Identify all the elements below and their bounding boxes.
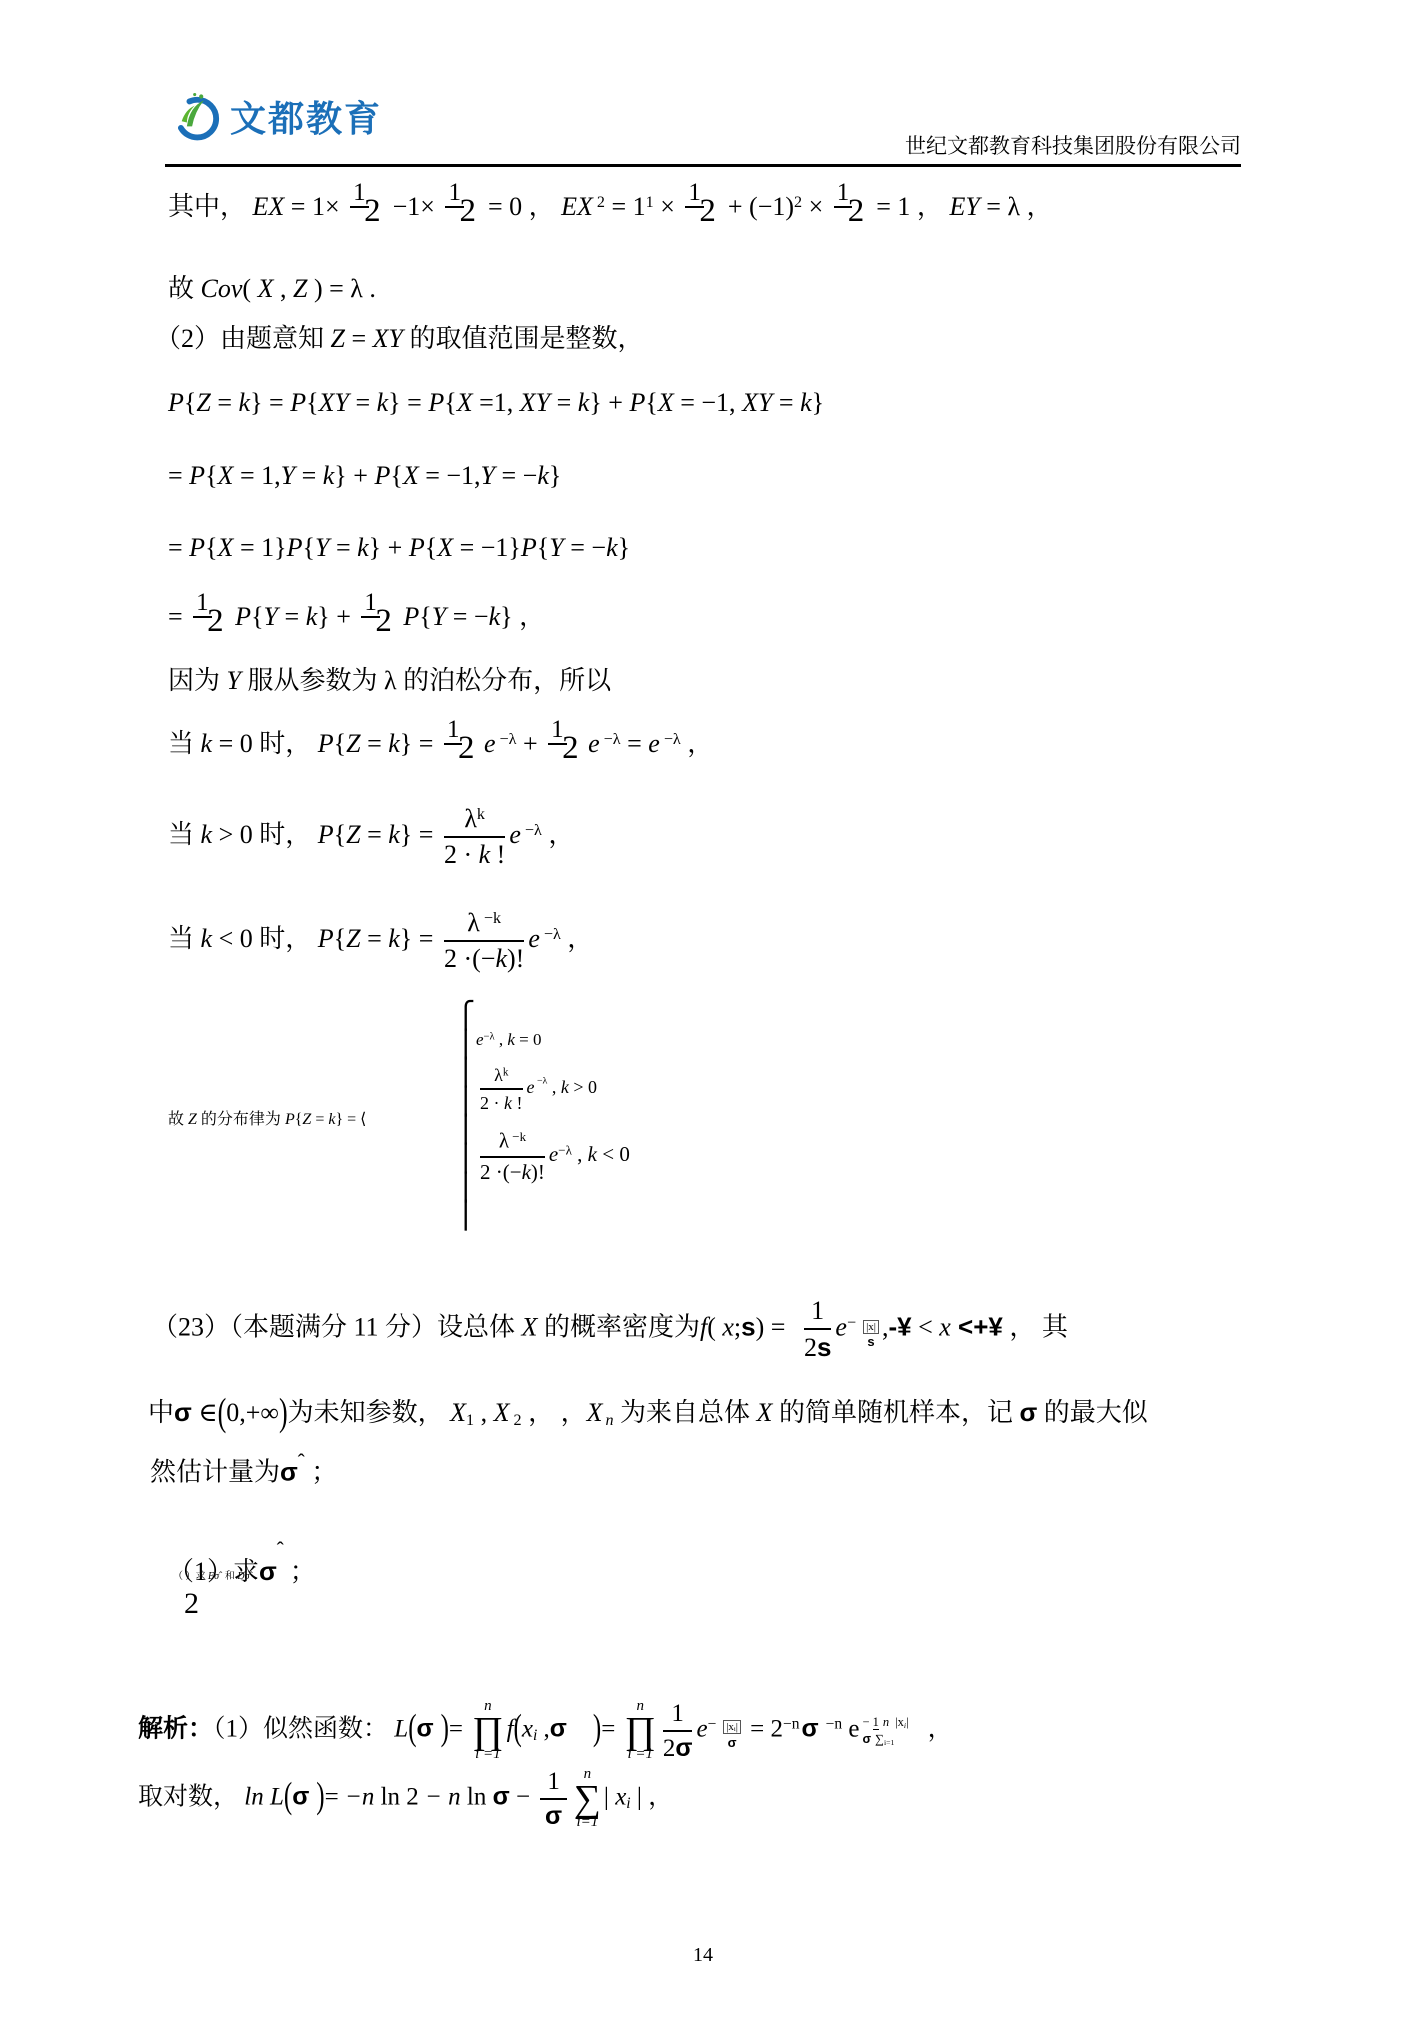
document-page: 文都教育 世纪文都教育科技集团股份有限公司 其中， EX = 1× 12 −1×…: [0, 0, 1426, 2017]
case-kpos-line: 当 k > 0 时， P{Z = k} = λk2 · k !e −λ ，: [168, 806, 574, 868]
page-number: 14: [165, 1944, 1241, 1967]
company-name: 世纪文都教育科技集团股份有限公司: [165, 130, 1241, 160]
poisson-note-line: 因为 Y 服从参数为 λ 的泊松分布，所以: [168, 664, 611, 698]
piecewise-case-1: e−λ , k = 0: [476, 1030, 630, 1050]
formula-line-step3: = P{X = 1}P{Y = k} + P{X = −1}P{Y = −k}: [168, 531, 630, 565]
formula-line-ex: 其中， EX = 1× 12 −1× 12 = 0 ， EX 2 = 11 × …: [168, 180, 1053, 232]
formula-line-step2: = P{X = 1,Y = k} + P{X = −1,Y = −k}: [168, 459, 561, 493]
formula-line-cov: 故 Cov( X , Z ) = λ .: [168, 272, 376, 306]
piecewise-cases: e−λ , k = 0 λk2 · k !e −λ , k > 0 λ −k2 …: [476, 1030, 630, 1183]
formula-line-pzk: P{Z = k} = P{XY = k} = P{X =1, XY = k} +…: [168, 386, 824, 420]
piecewise-brace: ⎧⎪⎪⎪⎪⎪⎪⎪: [456, 1002, 476, 1231]
question-23-line: （23）（本题满分 11 分）设总体 X 的概率密度为f( x;s) = 12s…: [152, 1298, 1068, 1361]
subquestion-2-number: 2: [184, 1584, 199, 1623]
question-23-line3: 然估计量为σˆ ；: [150, 1449, 337, 1489]
header-rule: [165, 164, 1241, 167]
piecewise-distribution: 故 Z 的分布律为 P{Z = k} = ⟨ ⎧⎪⎪⎪⎪⎪⎪⎪ e−λ , k …: [168, 1002, 1108, 1250]
solution-log-line: 取对数， ln L(σ )= −n ln 2 − n ln σ − 1σn∑i=…: [138, 1768, 673, 1829]
case-k0-line: 当 k = 0 时， P{Z = k} = 12e −λ + 12e −λ = …: [168, 717, 713, 769]
case-kneg-line: 当 k < 0 时， P{Z = k} = λ −k2 ·(−k)!e −λ ，: [168, 910, 593, 972]
piecewise-label: 故 Z 的分布律为 P{Z = k} = ⟨: [168, 1106, 366, 1129]
formula-line-step4: = 12P{Y = k} + 12P{Y = −k} ，: [168, 590, 545, 642]
question-23-line2: 中σ ∈(0,+∞)为未知参数， X1 , X 2 ， ，Xn 为来自总体 X …: [148, 1396, 1148, 1432]
piecewise-case-3: λ −k2 ·(−k)!e−λ , k < 0: [476, 1130, 630, 1183]
subquestion-2-tiny-line: （ ）求 Eσˆ 和 Dσˆ .: [173, 1570, 258, 1583]
solution-likelihood-line: 解析：（1）似然函数： L(σ )= n∏i =1f(xi ,σ)= n∏i =…: [138, 1700, 953, 1761]
piecewise-case-2: λk2 · k !e −λ , k > 0: [476, 1066, 630, 1112]
part2-intro-line: （2）由题意知 Z = XY 的取值范围是整数，: [155, 322, 644, 356]
